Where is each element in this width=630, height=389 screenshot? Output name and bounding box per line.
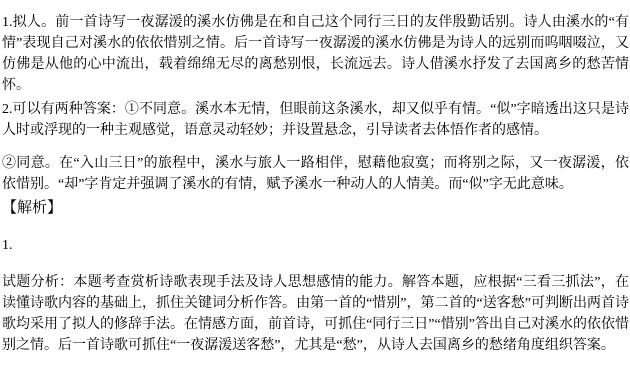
answer-2-agree-paragraph: ②同意。在“入山三日”的旅程中，溪水与旅人一路相伴，慰藉他寂寞；而将别之际，又一…	[2, 153, 629, 195]
analysis-heading: 【解析】	[2, 198, 629, 219]
analysis-item-number: 1.	[2, 235, 629, 256]
answer-2-disagree-paragraph: 2.可以有两种答案：①不同意。溪水本无情，但眼前这条溪水，却又似乎有情。“似”字…	[2, 99, 629, 141]
answer-1-paragraph: 1.拟人。前一首诗写一夜潺湲的溪水仿佛是在和自己这个同行三日的友伴殷勤话别。诗人…	[2, 12, 629, 96]
analysis-body-paragraph: 试题分析：本题考查赏析诗歌表现手法及诗人思想感情的能力。解答本题，应根据“三看三…	[2, 272, 629, 356]
document-page: 1.拟人。前一首诗写一夜潺湲的溪水仿佛是在和自己这个同行三日的友伴殷勤话别。诗人…	[0, 0, 630, 389]
